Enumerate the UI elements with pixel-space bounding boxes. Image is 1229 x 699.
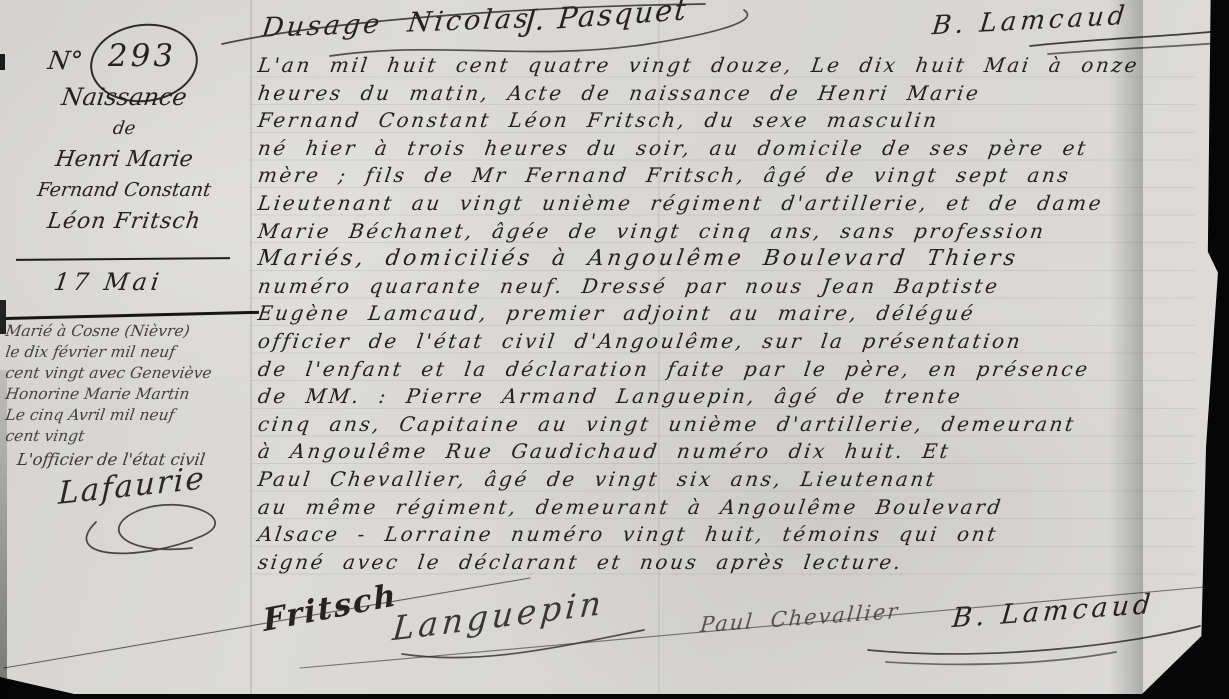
right-edge-shadow bbox=[1109, 0, 1143, 699]
marriage-annotation-line: le dix février mil neuf bbox=[4, 342, 257, 363]
marriage-annotation-line: cent vingt avec Geneviève bbox=[4, 363, 257, 384]
registry-scan: N° 293 Naissance de Henri Marie Fernand … bbox=[0, 0, 1229, 699]
marriage-annotation: Marié à Cosne (Nièvre) le dix février mi… bbox=[4, 321, 254, 447]
act-line: Marie Béchanet, âgée de vingt cinq ans, … bbox=[256, 218, 1210, 246]
act-line: L'an mil huit cent quatre vingt douze, L… bbox=[256, 52, 1210, 80]
left-edge-mark bbox=[0, 300, 6, 334]
act-line: signé avec le déclarant et nous après le… bbox=[256, 549, 1210, 577]
act-line: mère ; fils de Mr Fernand Fritsch, âgé d… bbox=[256, 162, 1210, 190]
scan-black-edge-bottom bbox=[55, 694, 1229, 699]
marriage-annotation-line: cent vingt bbox=[4, 426, 257, 447]
marriage-annotation-line: Le cinq Avril mil neuf bbox=[4, 405, 257, 426]
act-number-prefix: N° bbox=[46, 46, 84, 75]
margin-title-line: Léon Fritsch bbox=[6, 206, 242, 237]
act-line: Lieutenant au vingt unième régiment d'ar… bbox=[256, 190, 1210, 218]
act-line: officier de l'état civil d'Angoulême, su… bbox=[256, 328, 1210, 356]
act-line: heures du matin, Acte de naissance de He… bbox=[256, 80, 1210, 108]
act-line: Paul Chevallier, âgé de vingt six ans, L… bbox=[256, 466, 1210, 494]
marriage-annotation-line: Honorine Marie Martin bbox=[4, 384, 257, 405]
margin-title-line: Henri Marie bbox=[6, 144, 242, 175]
scan-dark-edge-left bbox=[0, 370, 7, 699]
left-edge-mark bbox=[0, 54, 5, 70]
marriage-annotation-line: Marié à Cosne (Nièvre) bbox=[4, 321, 257, 342]
act-line: au même régiment, demeurant à Angoulême … bbox=[256, 494, 1210, 522]
act-line: Eugène Lamcaud, premier adjoint au maire… bbox=[256, 300, 1210, 328]
act-line: de l'enfant et la déclaration faite par … bbox=[256, 356, 1210, 384]
act-line: né hier à trois heures du soir, au domic… bbox=[256, 135, 1210, 163]
act-number: 293 bbox=[90, 38, 194, 74]
margin-title-line: de bbox=[6, 113, 242, 144]
margin-date: 17 Mai bbox=[52, 268, 165, 296]
act-line: numéro quarante neuf. Dressé par nous Je… bbox=[256, 273, 1210, 301]
margin-title: Naissance de Henri Marie Fernand Constan… bbox=[6, 82, 238, 237]
act-line: de MM. : Pierre Armand Languepin, âgé de… bbox=[256, 383, 1210, 411]
act-body: L'an mil huit cent quatre vingt douze, L… bbox=[256, 52, 1206, 576]
margin-title-line: Fernand Constant bbox=[6, 175, 242, 206]
margin-title-line: Naissance bbox=[6, 82, 242, 113]
act-line: cinq ans, Capitaine au vingt unième d'ar… bbox=[256, 411, 1210, 439]
act-line: Alsace - Lorraine numéro vingt huit, tém… bbox=[256, 521, 1210, 549]
act-line: Fernand Constant Léon Fritsch, du sexe m… bbox=[256, 107, 1210, 135]
act-line: à Angoulême Rue Gaudichaud numéro dix hu… bbox=[256, 438, 1210, 466]
act-line: Mariés, domiciliés à Angoulême Boulevard… bbox=[256, 245, 1210, 273]
